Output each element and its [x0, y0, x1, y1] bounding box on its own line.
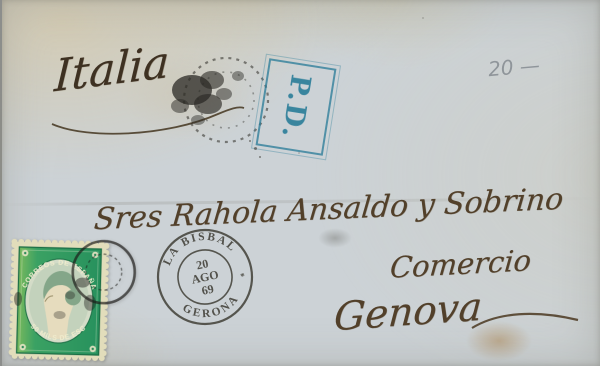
- ink-smear: [318, 228, 352, 248]
- ink-speck: [249, 140, 251, 142]
- pd-handstamp: P.D.: [256, 58, 337, 156]
- envelope-paper: Italia P.D. 20 — Sres Rahola Ansal: [0, 0, 600, 366]
- genova-dash-flourish: [470, 306, 582, 336]
- address-line-trade: Comercio: [389, 243, 533, 285]
- pd-label: P.D.: [276, 72, 317, 141]
- address-line-city: Genova: [333, 285, 484, 341]
- ink-speck: [298, 152, 300, 154]
- ink-speck: [254, 147, 257, 150]
- ink-speck: [259, 156, 261, 158]
- pencil-rate-note: 20 —: [487, 53, 541, 81]
- ink-speck: [422, 17, 424, 19]
- photograph-of-postal-cover: Italia P.D. 20 — Sres Rahola Ansal: [0, 0, 600, 366]
- datestamp-year: 69: [200, 282, 215, 298]
- postage-stamp: CORREOS DE ESPAÑA 50 MILS DE ESC: [8, 239, 109, 362]
- la-bisbal-datestamp: LA BISBAL GERONA 20 AGO 69 *: [143, 215, 266, 338]
- datestamp-ornament: *: [239, 271, 246, 282]
